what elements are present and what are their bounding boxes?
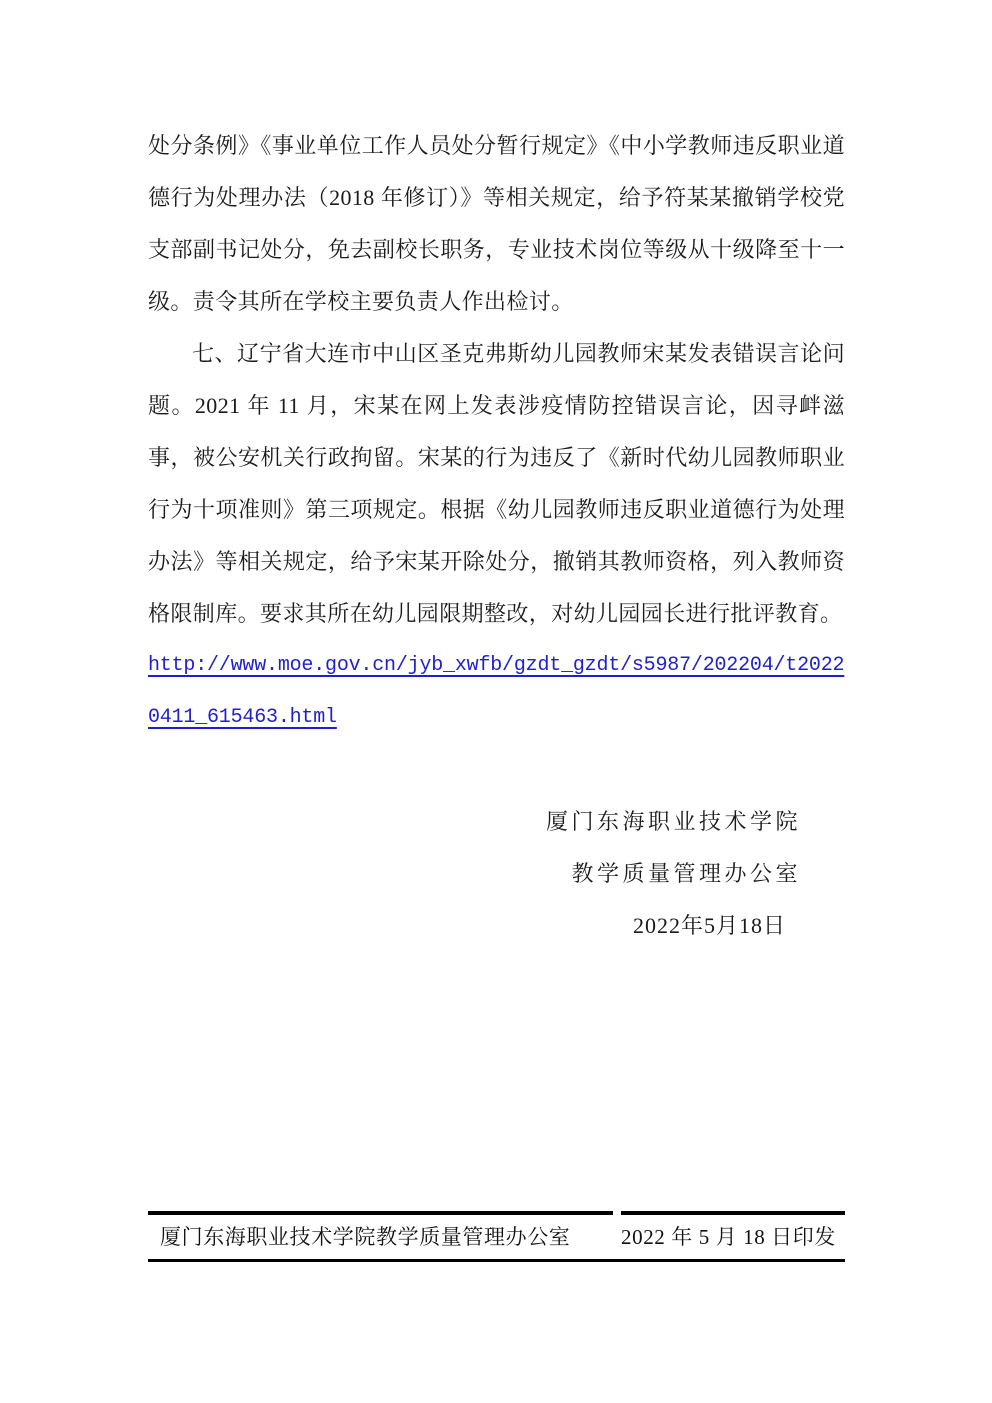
body-paragraph-1: 处分条例》《事业单位工作人员处分暂行规定》《中小学教师违反职业道德行为处理办法（… — [148, 120, 845, 328]
article-url-line-1: http://www.moe.gov.cn/jyb_xwfb/gzdt_gzdt… — [148, 640, 845, 692]
article-url-line-2: 0411_615463.html — [148, 692, 845, 744]
signature-org-line-1: 厦门东海职业技术学院 — [148, 796, 845, 848]
document-body: 处分条例》《事业单位工作人员处分暂行规定》《中小学教师违反职业道德行为处理办法（… — [148, 120, 845, 952]
signature-org-line-2: 教学质量管理办公室 — [148, 848, 845, 900]
signature-block: 厦门东海职业技术学院 教学质量管理办公室 2022年5月18日 — [148, 796, 845, 952]
article-url-link[interactable]: http://www.moe.gov.cn/jyb_xwfb/gzdt_gzdt… — [148, 640, 845, 744]
signature-date: 2022年5月18日 — [148, 900, 845, 952]
colophon-block: 厦门东海职业技术学院教学质量管理办公室 2022 年 5 月 18 日印发 — [148, 1211, 845, 1262]
colophon-issuer: 厦门东海职业技术学院教学质量管理办公室 — [148, 1211, 613, 1255]
page-container: 处分条例》《事业单位工作人员处分暂行规定》《中小学教师违反职业道德行为处理办法（… — [0, 0, 992, 1403]
colophon-print-date: 2022 年 5 月 18 日印发 — [621, 1211, 845, 1259]
body-paragraph-2: 七、辽宁省大连市中山区圣克弗斯幼儿园教师宋某发表错误言论问题。2021 年 11… — [148, 328, 845, 640]
